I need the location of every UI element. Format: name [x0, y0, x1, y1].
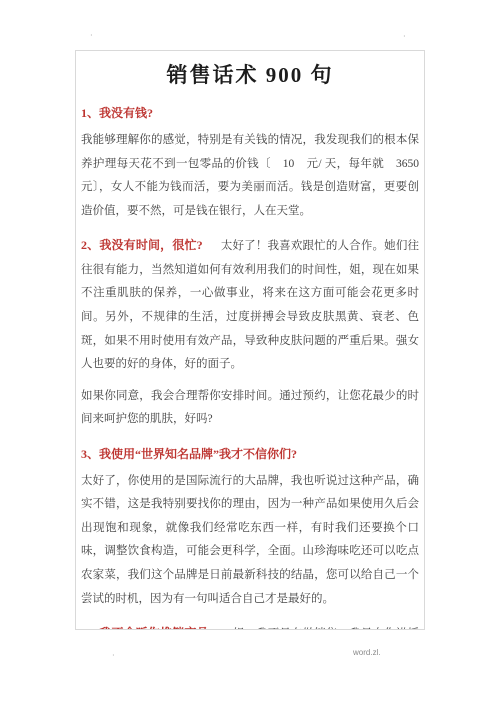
section-paragraph: 如果你同意，我会合理帮你安排时间。通过预约，让您花最少的时间来呵护您的肌肤，好吗…: [81, 385, 419, 432]
watermark-text: word.zl.: [353, 648, 381, 657]
section-2: 2、我没有时间，很忙?太好了！我喜欢跟忙的人合作。她们往往很有能力，当然知道如何…: [81, 233, 419, 432]
corner-mark-top-left: ·: [90, 32, 93, 40]
section-heading: 1、我没有钱?: [81, 106, 153, 120]
section-heading: 4、我不会听你推销产品?: [81, 626, 215, 630]
corner-mark-bottom-left: ·: [112, 652, 115, 660]
section-paragraph: 太好了，你使用的是国际流行的大品牌，我也听说过这种产品，确实不错，这是我特别要找…: [81, 470, 419, 611]
document-page: 销售话术 900 句 1、我没有钱? 我能够理解你的感觉，特别是有关钱的情况，我…: [75, 50, 425, 630]
section-4: 4、我不会听你推销产品?姐，我不是在做销售，我是向你讲授护肤美容产品，正确的护理…: [81, 621, 419, 630]
section-1: 1、我没有钱? 我能够理解你的感觉，特别是有关钱的情况，我发现我们的根本保养护理…: [81, 101, 419, 223]
page-title: 销售话术 900 句: [81, 59, 419, 89]
section-heading: 3、我使用“世界知名品牌”我才不信你们?: [81, 447, 297, 461]
corner-mark-top-right: ·: [403, 33, 406, 41]
section-3: 3、我使用“世界知名品牌”我才不信你们? 太好了，你使用的是国际流行的大品牌，我…: [81, 442, 419, 611]
section-heading: 2、我没有时间，很忙?: [81, 238, 203, 252]
section-lead-text: 太好了！我喜欢跟忙的人合作。她们往往很有能力，当然知道如何有效利用我们的时间性，…: [81, 240, 419, 370]
section-paragraph: 我能够理解你的感觉，特别是有关钱的情况，我发现我们的根本保养护理每天花不到一包零…: [81, 129, 419, 223]
